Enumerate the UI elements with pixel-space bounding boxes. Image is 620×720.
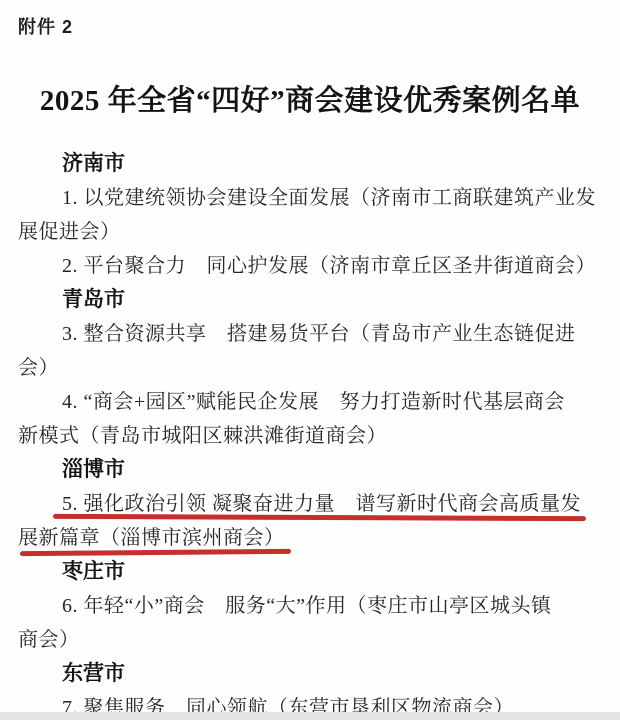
case-item-text: 展促进会） xyxy=(18,221,121,243)
red-underline-text: 展新篇章（淄博市滨州商会） xyxy=(18,521,285,555)
city-header: 济南市 xyxy=(18,147,610,181)
doc-body: 济南市1. 以党建统领协会建设全面发展（济南市工商联建筑产业发展促进会）2. 平… xyxy=(18,147,610,720)
document-page: 附件 2 2025 年全省“四好”商会建设优秀案例名单 济南市1. 以党建统领协… xyxy=(0,0,620,720)
case-item-line: 2. 平台聚合力 同心护发展（济南市章丘区圣井街道商会） xyxy=(18,249,610,283)
case-item-text: 1. 以党建统领协会建设全面发展（济南市工商联建筑产业发 xyxy=(62,187,596,209)
case-item-text: 2. 平台聚合力 同心护发展（济南市章丘区圣井街道商会） xyxy=(62,255,596,277)
case-item-line: 新模式（青岛市城阳区棘洪滩街道商会） xyxy=(18,419,610,453)
case-item-line: 4. “商会+园区”赋能民企发展 努力打造新时代基层商会 xyxy=(18,385,610,419)
case-item-line: 6. 年轻“小”商会 服务“大”作用（枣庄市山亭区城头镇 xyxy=(18,589,610,623)
case-item-text: 会） xyxy=(18,357,59,379)
case-item-line: 会） xyxy=(18,351,610,385)
case-item-line: 5. 强化政治引领 凝聚奋进力量 谱写新时代商会高质量发 xyxy=(18,487,610,521)
city-header: 东营市 xyxy=(18,657,610,691)
case-item-line: 商会） xyxy=(18,623,610,657)
attachment-label: 附件 2 xyxy=(18,13,73,39)
case-item-text: 4. “商会+园区”赋能民企发展 努力打造新时代基层商会 xyxy=(62,391,565,413)
case-item-line: 1. 以党建统领协会建设全面发展（济南市工商联建筑产业发 xyxy=(18,181,610,215)
city-header: 枣庄市 xyxy=(18,555,610,589)
case-item-line: 展新篇章（淄博市滨州商会） xyxy=(18,521,610,555)
case-item-text: 6. 年轻“小”商会 服务“大”作用（枣庄市山亭区城头镇 xyxy=(62,595,552,617)
case-item-line: 3. 整合资源共享 搭建易货平台（青岛市产业生态链促进 xyxy=(18,317,610,351)
case-item-line: 展促进会） xyxy=(18,215,610,249)
page-bottom-edge xyxy=(0,712,620,720)
red-underline-text: 5. 强化政治引领 凝聚奋进力量 谱写新时代商会高质量发 xyxy=(62,487,581,521)
city-header: 青岛市 xyxy=(18,283,610,317)
case-item-text: 3. 整合资源共享 搭建易货平台（青岛市产业生态链促进 xyxy=(62,323,576,345)
city-header: 淄博市 xyxy=(18,453,610,487)
case-item-text: 商会） xyxy=(18,629,80,651)
page-title: 2025 年全省“四好”商会建设优秀案例名单 xyxy=(0,78,620,119)
case-item-text: 新模式（青岛市城阳区棘洪滩街道商会） xyxy=(18,425,387,447)
